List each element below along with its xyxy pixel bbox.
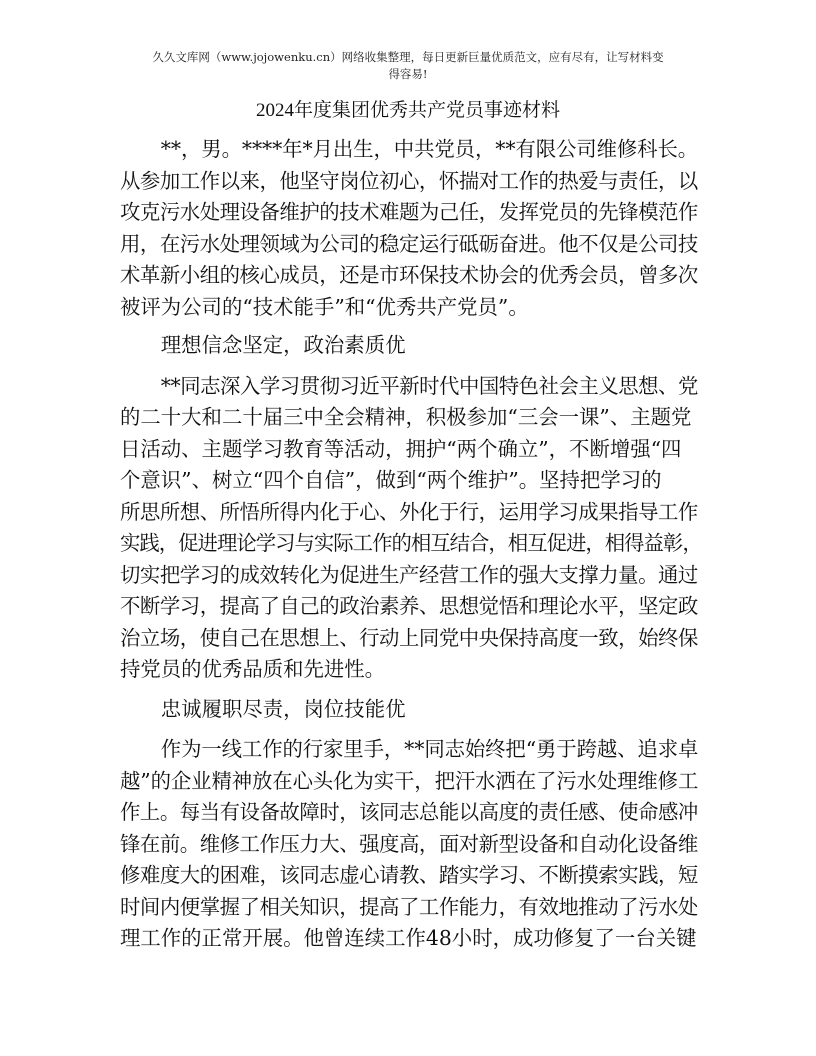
paragraph-line: **同志深入学习贯彻习近平新时代中国特色社会主义思想、党 (120, 371, 698, 403)
section-heading-text: 忠诚履职尽责，岗位技能优 (120, 694, 698, 726)
paragraph-line: 不断学习，提高了自己的政治素养、思想觉悟和理论水平，坚定政 (120, 591, 698, 623)
paragraph-line: 锋在前。维修工作压力大、强度高，面对新型设备和自动化设备维 (120, 829, 698, 861)
paragraph-line: 理工作的正常开展。他曾连续工作48小时，成功修复了一台关键 (120, 923, 698, 955)
paragraph-line: 修难度大的困难，该同志虚心请教、踏实学习、不断摸索实践，短 (120, 860, 698, 892)
paragraph-line: 被评为公司的“技术能手”和“优秀共产党员”。 (120, 292, 698, 324)
paragraph-line: 治立场，使自己在思想上、行动上同党中央保持高度一致，始终保 (120, 623, 698, 655)
paragraph-line: 切实把学习的成效转化为促进生产经营工作的强大支撑力量。通过 (120, 560, 698, 592)
header-note-line-2: 得容易! (110, 66, 706, 83)
duty-paragraph: 作为一线工作的行家里手，**同志始终把“勇于跨越、追求卓 越”的企业精神放在心头… (120, 734, 698, 955)
site-header-note: 久久文库网（www.jojowenku.cn）网络收集整理，每日更新巨量优质范文… (110, 49, 706, 83)
ideals-paragraph: **同志深入学习贯彻习近平新时代中国特色社会主义思想、党 的二十大和二十届三中全… (120, 371, 698, 686)
section-heading-ideals: 理想信念坚定，政治素质优 (120, 330, 698, 362)
intro-paragraph: **，男。****年*月出生，中共党员，**有限公司维修科长。 从参加工作以来，… (120, 134, 698, 323)
paragraph-line: **，男。****年*月出生，中共党员，**有限公司维修科长。 (120, 134, 698, 166)
header-note-line-1: 久久文库网（www.jojowenku.cn）网络收集整理，每日更新巨量优质范文… (110, 49, 706, 66)
paragraph-line: 所思所想、所悟所得内化于心、外化于行，运用学习成果指导工作 (120, 497, 698, 529)
document-title: 2024年度集团优秀共产党员事迹材料 (0, 98, 816, 124)
paragraph-line: 术革新小组的核心成员，还是市环保技术协会的优秀会员，曾多次 (120, 260, 698, 292)
paragraph-line: 实践，促进理论学习与实际工作的相互结合，相互促进，相得益彰， (120, 528, 698, 560)
section-heading-text: 理想信念坚定，政治素质优 (120, 330, 698, 362)
paragraph-line: 日活动、主题学习教育等活动，拥护“两个确立”，不断增强“四 (120, 434, 698, 466)
paragraph-line: 时间内便掌握了相关知识，提高了工作能力，有效地推动了污水处 (120, 892, 698, 924)
document-body: **，男。****年*月出生，中共党员，**有限公司维修科长。 从参加工作以来，… (120, 134, 698, 955)
section-heading-duty: 忠诚履职尽责，岗位技能优 (120, 694, 698, 726)
paragraph-line: 作为一线工作的行家里手，**同志始终把“勇于跨越、追求卓 (120, 734, 698, 766)
paragraph-line: 的二十大和二十届三中全会精神，积极参加“三会一课”、主题党 (120, 402, 698, 434)
paragraph-line: 从参加工作以来，他坚守岗位初心，怀揣对工作的热爱与责任，以 (120, 166, 698, 198)
paragraph-line: 持党员的优秀品质和先进性。 (120, 654, 698, 686)
paragraph-line: 越”的企业精神放在心头化为实干，把汗水洒在了污水处理维修工 (120, 766, 698, 798)
paragraph-line: 攻克污水处理设备维护的技术难题为己任，发挥党员的先锋模范作 (120, 197, 698, 229)
paragraph-line: 用，在污水处理领域为公司的稳定运行砥砺奋进。他不仅是公司技 (120, 229, 698, 261)
paragraph-line: 个意识”、树立“四个自信”，做到“两个维护”。坚持把学习的 (120, 465, 698, 497)
paragraph-line: 作上。每当有设备故障时，该同志总能以高度的责任感、使命感冲 (120, 797, 698, 829)
